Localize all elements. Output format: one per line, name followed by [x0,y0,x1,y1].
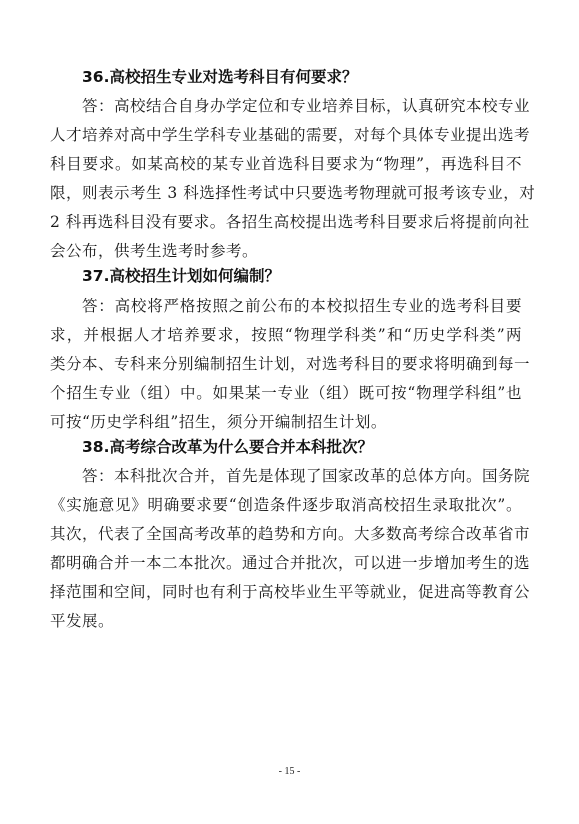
answer-line: 择范围和空间，同时也有利于高校毕业生平等就业，促进高等教育公 [50,582,522,602]
answer-line: 人才培养对高中学生学科专业基础的需要，对每个具体专业提出选考 [50,125,522,145]
answer-line: 科目要求。如某高校的某专业首选科目要求为“物理”，再选科目不 [50,154,522,174]
document-page: 36.高校招生专业对选考科目有何要求？ 答：高校结合自身办学定位和专业培养目标，… [0,0,579,824]
answer-line: 答：本科批次合并，首先是体现了国家改革的总体方向。国务院 [82,466,522,486]
answer-line: 都明确合并一本二本批次。通过合并批次，可以进一步增加考生的选 [50,553,522,573]
answer-line: 其次，代表了全国高考改革的趋势和方向。大多数高考综合改革省市 [50,524,522,544]
answer-line: 答：高校将严格按照之前公布的本校拟招生专业的选考科目要 [82,296,522,316]
answer-line: 答：高校结合自身办学定位和专业培养目标，认真研究本校专业 [82,96,522,116]
question-heading-37: 37.高校招生计划如何编制？ [82,266,280,286]
answer-line: 类分本、专科来分别编制招生计划，对选考科目的要求将明确到每一 [50,354,522,374]
answer-line: 2 科再选科目没有要求。各招生高校提出选考科目要求后将提前向社 [50,212,522,232]
page-number: - 15 - [0,766,579,777]
question-heading-38: 38.高考综合改革为什么要合并本科批次？ [82,437,373,457]
question-heading-36: 36.高校招生专业对选考科目有何要求？ [82,67,357,87]
answer-line: 个招生专业（组）中。如果某一专业（组）既可按“物理学科组”也 [50,383,522,403]
answer-line: 可按“历史学科组”招生，须分开编制招生计划。 [50,412,522,432]
answer-line: 限，则表示考生 3 科选择性考试中只要选考物理就可报考该专业，对 [50,183,522,203]
answer-line: 会公布，供考生选考时参考。 [50,241,522,261]
answer-line: 平发展。 [50,611,522,631]
answer-line: 《实施意见》明确要求要“创造条件逐步取消高校招生录取批次”。 [50,495,522,515]
answer-line: 求，并根据人才培养要求，按照“物理学科类”和“历史学科类”两 [50,325,522,345]
